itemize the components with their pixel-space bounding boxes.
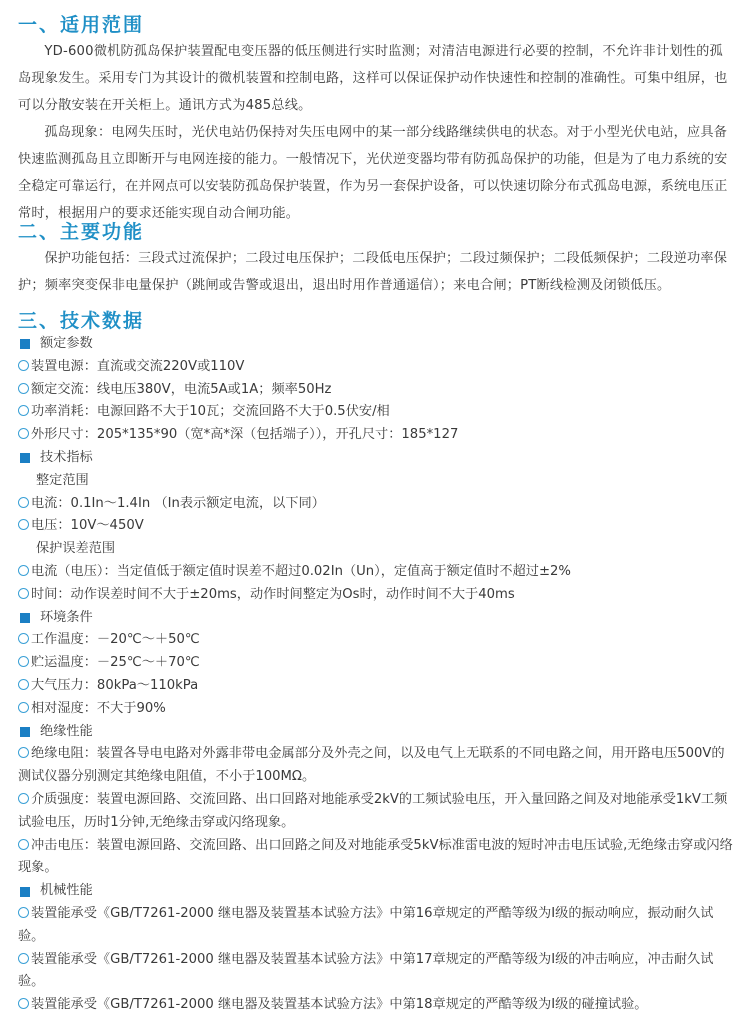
circle-bullet-icon <box>18 428 29 439</box>
sub-label: 保护误差范围 <box>18 538 736 561</box>
circle-bullet-icon <box>18 565 29 576</box>
item-text: 大气压力：80kPa～110kPa <box>31 678 198 693</box>
square-bullet-icon <box>20 339 30 349</box>
list-item: 绝缘电阻：装置各导电电路对外露非带电金属部分及外壳之间，以及电气上无联系的不同电… <box>18 743 736 789</box>
list-item: 额定交流：线电压380V，电流5A或1A；频率50Hz <box>18 379 736 402</box>
item-text: 装置能承受《GB/T7261-2000 继电器及装置基本试验方法》中第16章规定… <box>18 906 713 944</box>
sub-label: 整定范围 <box>18 470 736 493</box>
circle-bullet-icon <box>18 588 29 599</box>
list-item: 冲击电压：装置电源回路、交流回路、出口回路之间及对地能承受5kV标准雷电波的短时… <box>18 835 736 881</box>
item-text: 介质强度：装置电源回路、交流回路、出口回路对地能承受2kV的工频试验电压，开入量… <box>18 792 727 830</box>
list-item: 贮运温度：－25℃～＋70℃ <box>18 652 736 675</box>
item-text: 装置能承受《GB/T7261-2000 继电器及装置基本试验方法》中第17章规定… <box>18 952 713 974</box>
circle-bullet-icon <box>18 679 29 690</box>
group-rated-params: 额定参数 <box>18 333 736 356</box>
circle-bullet-icon <box>18 656 29 667</box>
list-item: 大气压力：80kPa～110kPa <box>18 675 736 698</box>
list-item: 装置能承受《GB/T7261-2000 继电器及装置基本试验方法》中第16章规定… <box>18 903 736 949</box>
circle-bullet-icon <box>18 907 29 918</box>
list-item: 电流：0.1In～1.4In （In表示额定电流，以下同） <box>18 493 736 516</box>
circle-bullet-icon <box>18 497 29 508</box>
circle-bullet-icon <box>18 633 29 644</box>
section-title-scope: 一、适用范围 <box>18 10 144 37</box>
group-label: 额定参数 <box>40 333 93 356</box>
item-text: 外形尺寸：205*135*90（宽*高*深（包括端子）），开孔尺寸：185*12… <box>31 427 458 442</box>
circle-bullet-icon <box>18 360 29 371</box>
section-scope-body: YD-600微机防孤岛保护装置配电变压器的低压侧进行实时监测；对清洁电源进行必要… <box>18 38 736 227</box>
square-bullet-icon <box>20 887 30 897</box>
item-text: 装置电源：直流或交流220V或110V <box>31 359 244 374</box>
square-bullet-icon <box>20 613 30 623</box>
circle-bullet-icon <box>18 702 29 713</box>
circle-bullet-icon <box>18 953 29 964</box>
circle-bullet-icon <box>18 793 29 804</box>
item-text: 工作温度：－20℃～＋50℃ <box>31 632 200 647</box>
circle-bullet-icon <box>18 405 29 416</box>
square-bullet-icon <box>20 727 30 737</box>
item-text: 电压：10V～450V <box>31 518 144 533</box>
group-environment: 环境条件 <box>18 607 736 630</box>
section-tech-data-body: 额定参数 装置电源：直流或交流220V或110V 额定交流：线电压380V，电流… <box>18 333 736 974</box>
item-text: 电流：0.1In～1.4In （In表示额定电流，以下同） <box>31 496 325 511</box>
section-title-functions: 二、主要功能 <box>18 217 144 244</box>
list-item: 外形尺寸：205*135*90（宽*高*深（包括端子）），开孔尺寸：185*12… <box>18 424 736 447</box>
group-mechanical: 机械性能 <box>18 880 736 903</box>
group-tech-indicators: 技术指标 <box>18 447 736 470</box>
square-bullet-icon <box>20 453 30 463</box>
item-text: 相对湿度：不大于90% <box>31 701 166 716</box>
circle-bullet-icon <box>18 383 29 394</box>
paragraph: 保护功能包括：三段式过流保护；二段过电压保护；二段低电压保护；二段过频保护；二段… <box>18 245 736 299</box>
list-item: 电压：10V～450V <box>18 515 736 538</box>
paragraph: 孤岛现象：电网失压时，光伏电站仍保持对失压电网中的某一部分线路继续供电的状态。对… <box>18 119 736 227</box>
circle-bullet-icon <box>18 839 29 850</box>
group-label: 绝缘性能 <box>40 721 93 744</box>
list-item: 介质强度：装置电源回路、交流回路、出口回路对地能承受2kV的工频试验电压，开入量… <box>18 789 736 835</box>
item-text: 贮运温度：－25℃～＋70℃ <box>31 655 200 670</box>
section-functions-body: 保护功能包括：三段式过流保护；二段过电压保护；二段低电压保护；二段过频保护；二段… <box>18 245 736 299</box>
list-item: 功率消耗：电源回路不大于10瓦；交流回路不大于0.5伏安/相 <box>18 401 736 424</box>
group-label: 技术指标 <box>40 447 93 470</box>
item-text: 绝缘电阻：装置各导电电路对外露非带电金属部分及外壳之间，以及电气上无联系的不同电… <box>18 746 725 784</box>
list-item: 工作温度：－20℃～＋50℃ <box>18 629 736 652</box>
item-text: 功率消耗：电源回路不大于10瓦；交流回路不大于0.5伏安/相 <box>31 404 390 419</box>
item-text: 电流（电压）：当定值低于额定值时误差不超过0.02In（Un），定值高于额定值时… <box>31 564 571 579</box>
circle-bullet-icon <box>18 747 29 758</box>
item-text: 时间：动作误差时间不大于±20ms，动作时间整定为Os时，动作时间不大于40ms <box>31 587 515 602</box>
list-item: 电流（电压）：当定值低于额定值时误差不超过0.02In（Un），定值高于额定值时… <box>18 561 736 584</box>
list-item: 时间：动作误差时间不大于±20ms，动作时间整定为Os时，动作时间不大于40ms <box>18 584 736 607</box>
item-text: 额定交流：线电压380V，电流5A或1A；频率50Hz <box>31 382 331 397</box>
list-item: 装置电源：直流或交流220V或110V <box>18 356 736 379</box>
group-insulation: 绝缘性能 <box>18 721 736 744</box>
group-label: 机械性能 <box>40 880 93 903</box>
circle-bullet-icon <box>18 519 29 530</box>
item-text: 冲击电压：装置电源回路、交流回路、出口回路之间及对地能承受5kV标准雷电波的短时… <box>18 838 733 876</box>
paragraph: YD-600微机防孤岛保护装置配电变压器的低压侧进行实时监测；对清洁电源进行必要… <box>18 38 736 119</box>
group-label: 环境条件 <box>40 607 93 630</box>
section-title-tech-data: 三、技术数据 <box>18 306 144 333</box>
list-item: 相对湿度：不大于90% <box>18 698 736 721</box>
list-item: 装置能承受《GB/T7261-2000 继电器及装置基本试验方法》中第17章规定… <box>18 949 736 974</box>
